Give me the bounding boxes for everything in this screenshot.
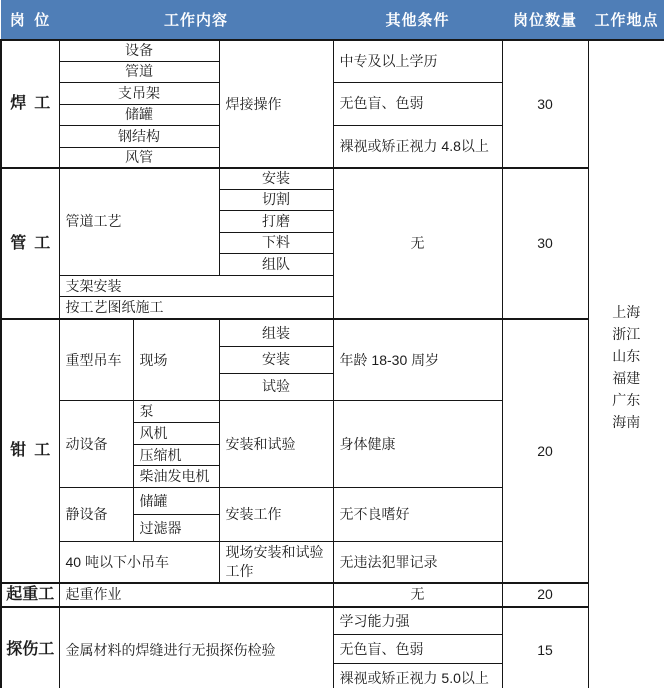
fitter-rotating-equipment: 动设备 <box>59 400 133 488</box>
ndt-condition: 学习能力强 <box>333 607 502 635</box>
fitter-heavy-crane: 重型吊车 <box>59 319 133 400</box>
fitter-quantity: 20 <box>502 319 588 583</box>
table-row: 管 工 管道工艺 安装 无 30 <box>1 168 664 189</box>
fitter-heavy-crane-task: 试验 <box>219 373 333 400</box>
fitter-small-crane: 40 吨以下小吊车 <box>59 542 219 583</box>
welder-item: 设备 <box>59 40 219 61</box>
header-cell-quantity: 岗位数量 <box>502 0 588 40</box>
fitter-static-work: 安装工作 <box>219 488 333 542</box>
header-row: 岗 位 工作内容 其他条件 岗位数量 工作地点 <box>1 0 664 40</box>
ndt-condition: 无色盲、色弱 <box>333 635 502 664</box>
welder-condition: 中专及以上学历 <box>333 40 502 82</box>
pipefitter-extra-row: 支架安装 <box>59 275 333 297</box>
location-line: 上海 <box>589 301 664 323</box>
fitter-rotating-item: 风机 <box>133 422 219 444</box>
position-label-ndt: 探伤工 <box>1 607 59 688</box>
location-line: 浙江 <box>589 323 664 345</box>
fitter-rotating-work: 安装和试验 <box>219 400 333 488</box>
location-line: 海南 <box>589 411 664 433</box>
welder-item: 风管 <box>59 147 219 168</box>
pipefitter-process: 管道工艺 <box>59 168 219 275</box>
table-row: 探伤工 金属材料的焊缝进行无损探伤检验 学习能力强 15 <box>1 607 664 635</box>
fitter-heavy-crane-task: 组装 <box>219 319 333 346</box>
header-cell-other-conditions: 其他条件 <box>333 0 502 40</box>
header-cell-position: 岗 位 <box>1 0 59 40</box>
ndt-condition: 裸视或矫正视力 5.0以上 <box>333 664 502 688</box>
welder-item: 钢结构 <box>59 125 219 147</box>
pipefitter-step: 打磨 <box>219 210 333 232</box>
pipefitter-condition: 无 <box>333 168 502 319</box>
table-row: 钳 工 重型吊车 现场 组装 年龄 18-30 周岁 20 <box>1 319 664 346</box>
rigger-quantity: 20 <box>502 583 588 607</box>
position-label-pipefitter: 管 工 <box>1 168 59 319</box>
location-line: 福建 <box>589 367 664 389</box>
rigger-work: 起重作业 <box>59 583 333 607</box>
welder-item: 管道 <box>59 61 219 82</box>
pipefitter-extra-row: 按工艺图纸施工 <box>59 297 333 319</box>
fitter-static-equipment: 静设备 <box>59 488 133 542</box>
fitter-static-item: 过滤器 <box>133 515 219 542</box>
welder-operation: 焊接操作 <box>219 40 333 168</box>
fitter-heavy-crane-site: 现场 <box>133 319 219 400</box>
ndt-work: 金属材料的焊缝进行无损探伤检验 <box>59 607 333 688</box>
pipefitter-step: 组队 <box>219 253 333 275</box>
fitter-static-item: 储罐 <box>133 488 219 515</box>
pipefitter-step: 安装 <box>219 168 333 189</box>
ndt-quantity: 15 <box>502 607 588 688</box>
welder-quantity: 30 <box>502 40 588 168</box>
welder-condition: 裸视或矫正视力 4.8以上 <box>333 125 502 168</box>
fitter-rotating-item: 柴油发电机 <box>133 466 219 488</box>
pipefitter-step: 下料 <box>219 232 333 253</box>
fitter-small-crane-work: 现场安装和试验工作 <box>219 542 333 583</box>
position-label-rigger: 起重工 <box>1 583 59 607</box>
location-line: 广东 <box>589 389 664 411</box>
header-cell-work-content: 工作内容 <box>59 0 333 40</box>
table-row: 起重工 起重作业 无 20 <box>1 583 664 607</box>
header-cell-location: 工作地点 <box>588 0 664 40</box>
fitter-heavy-crane-task: 安装 <box>219 346 333 373</box>
welder-condition: 无色盲、色弱 <box>333 82 502 125</box>
location-cell: 上海 浙江 山东 福建 广东 海南 <box>588 40 664 688</box>
fitter-rotating-item: 压缩机 <box>133 444 219 466</box>
position-label-fitter: 钳 工 <box>1 319 59 583</box>
location-line: 山东 <box>589 345 664 367</box>
rigger-condition: 无 <box>333 583 502 607</box>
position-label-welder: 焊 工 <box>1 40 59 168</box>
table-row: 焊 工 设备 焊接操作 中专及以上学历 30 上海 浙江 山东 福建 广东 海南 <box>1 40 664 61</box>
fitter-condition: 身体健康 <box>333 400 502 488</box>
recruitment-table: 岗 位 工作内容 其他条件 岗位数量 工作地点 焊 工 设备 焊接操作 中专及以… <box>0 0 664 688</box>
fitter-condition: 年龄 18-30 周岁 <box>333 319 502 400</box>
fitter-condition: 无违法犯罪记录 <box>333 542 502 583</box>
pipefitter-step: 切割 <box>219 189 333 210</box>
fitter-rotating-item: 泵 <box>133 400 219 422</box>
welder-item: 储罐 <box>59 104 219 125</box>
fitter-condition: 无不良嗜好 <box>333 488 502 542</box>
recruitment-table-page: 岗 位 工作内容 其他条件 岗位数量 工作地点 焊 工 设备 焊接操作 中专及以… <box>0 0 664 688</box>
pipefitter-quantity: 30 <box>502 168 588 319</box>
welder-item: 支吊架 <box>59 82 219 104</box>
